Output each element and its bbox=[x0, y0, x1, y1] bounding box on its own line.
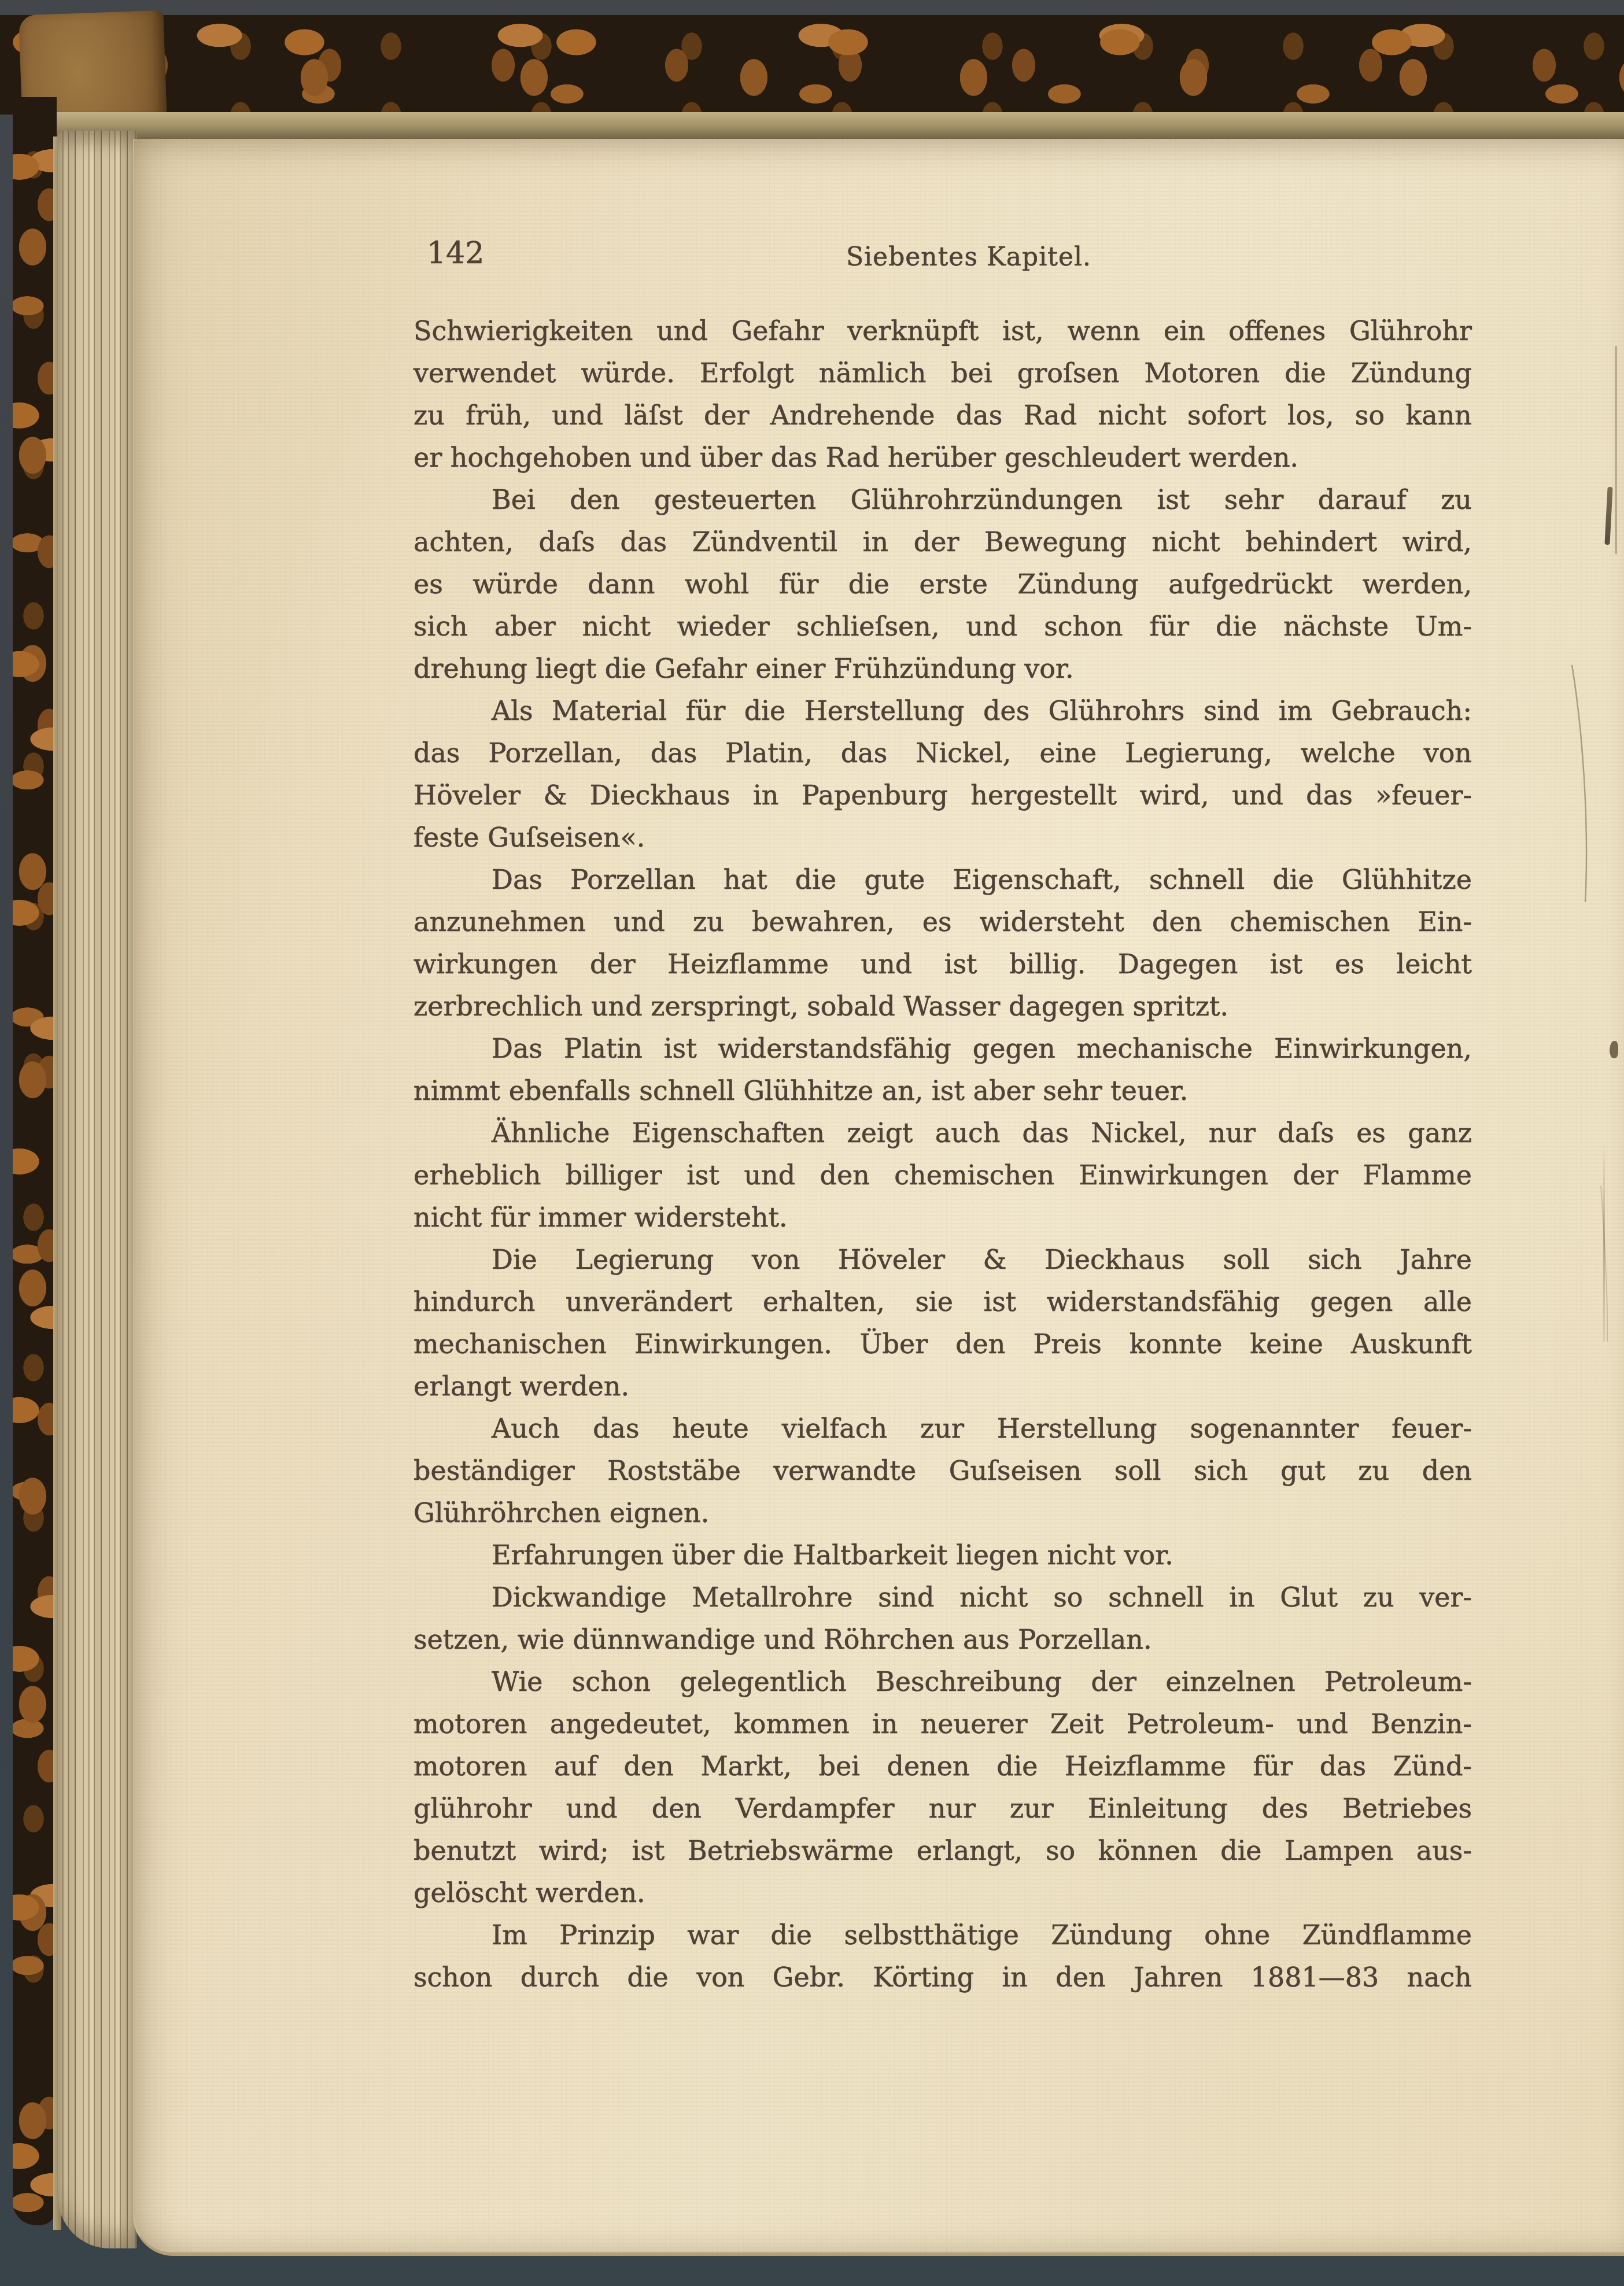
text-line: erheblich billiger ist und den chemische… bbox=[414, 1154, 1472, 1196]
text-line: achten, daſs das Zündventil in der Beweg… bbox=[414, 521, 1472, 563]
text-line: Höveler & Dieckhaus in Papenburg hergest… bbox=[414, 774, 1472, 817]
text-line: sich aber nicht wieder schlieſsen, und s… bbox=[414, 605, 1472, 648]
text-line: motoren auf den Markt, bei denen die Hei… bbox=[414, 1745, 1472, 1788]
text-line: das Porzellan, das Platin, das Nickel, e… bbox=[414, 732, 1472, 774]
text-line: Schwierigkeiten und Gefahr verknüpft ist… bbox=[414, 310, 1472, 352]
text-line: nimmt ebenfalls schnell Glühhitze an, is… bbox=[414, 1070, 1472, 1112]
text-line: hindurch unverändert erhalten, sie ist w… bbox=[414, 1281, 1472, 1323]
text-line: Ähnliche Eigenschaften zeigt auch das Ni… bbox=[414, 1112, 1472, 1154]
text-line: Das Platin ist widerstandsfähig gegen me… bbox=[414, 1028, 1472, 1070]
text-line: erlangt werden. bbox=[414, 1365, 1472, 1408]
text-line: nicht für immer widersteht. bbox=[414, 1196, 1472, 1239]
text-line: Die Legierung von Höveler & Dieckhaus so… bbox=[414, 1239, 1472, 1281]
text-line: verwendet würde. Erfolgt nämlich bei gro… bbox=[414, 352, 1472, 394]
text-line: Wie schon gelegentlich Beschreibung der … bbox=[414, 1661, 1472, 1703]
text-line: es würde dann wohl für die erste Zündung… bbox=[414, 563, 1472, 605]
text-line: Das Porzellan hat die gute Eigenschaft, … bbox=[414, 859, 1472, 901]
body-text: Schwierigkeiten und Gefahr verknüpft ist… bbox=[414, 0, 1472, 2286]
text-line: drehung liegt die Gefahr einer Frühzündu… bbox=[414, 648, 1472, 690]
text-line: er hochgehoben und über das Rad herüber … bbox=[414, 437, 1472, 479]
text-line: Glühröhrchen eignen. bbox=[414, 1492, 1472, 1534]
text-line: Als Material für die Herstellung des Glü… bbox=[414, 690, 1472, 732]
text-line: Erfahrungen über die Haltbarkeit liegen … bbox=[414, 1534, 1472, 1576]
text-line: benutzt wird; ist Betriebswärme erlangt,… bbox=[414, 1830, 1472, 1872]
text-line: motoren angedeutet, kommen in neuerer Ze… bbox=[414, 1703, 1472, 1745]
printed-content: 142 Siebentes Kapitel. Schwierigkeiten u… bbox=[0, 0, 1624, 2286]
text-line: glührohr und den Verdampfer nur zur Einl… bbox=[414, 1788, 1472, 1830]
text-line: mechanischen Einwirkungen. Über den Prei… bbox=[414, 1323, 1472, 1365]
book-scan: 142 Siebentes Kapitel. Schwierigkeiten u… bbox=[0, 0, 1624, 2286]
text-line: zu früh, und läſst der Andrehende das Ra… bbox=[414, 394, 1472, 437]
text-line: zerbrechlich und zerspringt, sobald Wass… bbox=[414, 985, 1472, 1028]
text-line: Auch das heute vielfach zur Herstellung … bbox=[414, 1408, 1472, 1450]
text-line: Bei den gesteuerten Glührohrzündungen is… bbox=[414, 479, 1472, 521]
text-line: anzunehmen und zu bewahren, es widersteh… bbox=[414, 901, 1472, 943]
text-line: wirkungen der Heizflamme und ist billig.… bbox=[414, 943, 1472, 985]
text-line: Im Prinzip war die selbstthätige Zündung… bbox=[414, 1914, 1472, 1956]
text-line: Dickwandige Metallrohre sind nicht so sc… bbox=[414, 1576, 1472, 1619]
text-line: setzen, wie dünnwandige und Röhrchen aus… bbox=[414, 1619, 1472, 1661]
text-line: beständiger Roststäbe verwandte Guſseise… bbox=[414, 1450, 1472, 1492]
text-line: schon durch die von Gebr. Körting in den… bbox=[414, 1956, 1472, 1999]
text-line: gelöscht werden. bbox=[414, 1872, 1472, 1914]
text-line: feste Guſseisen«. bbox=[414, 817, 1472, 859]
